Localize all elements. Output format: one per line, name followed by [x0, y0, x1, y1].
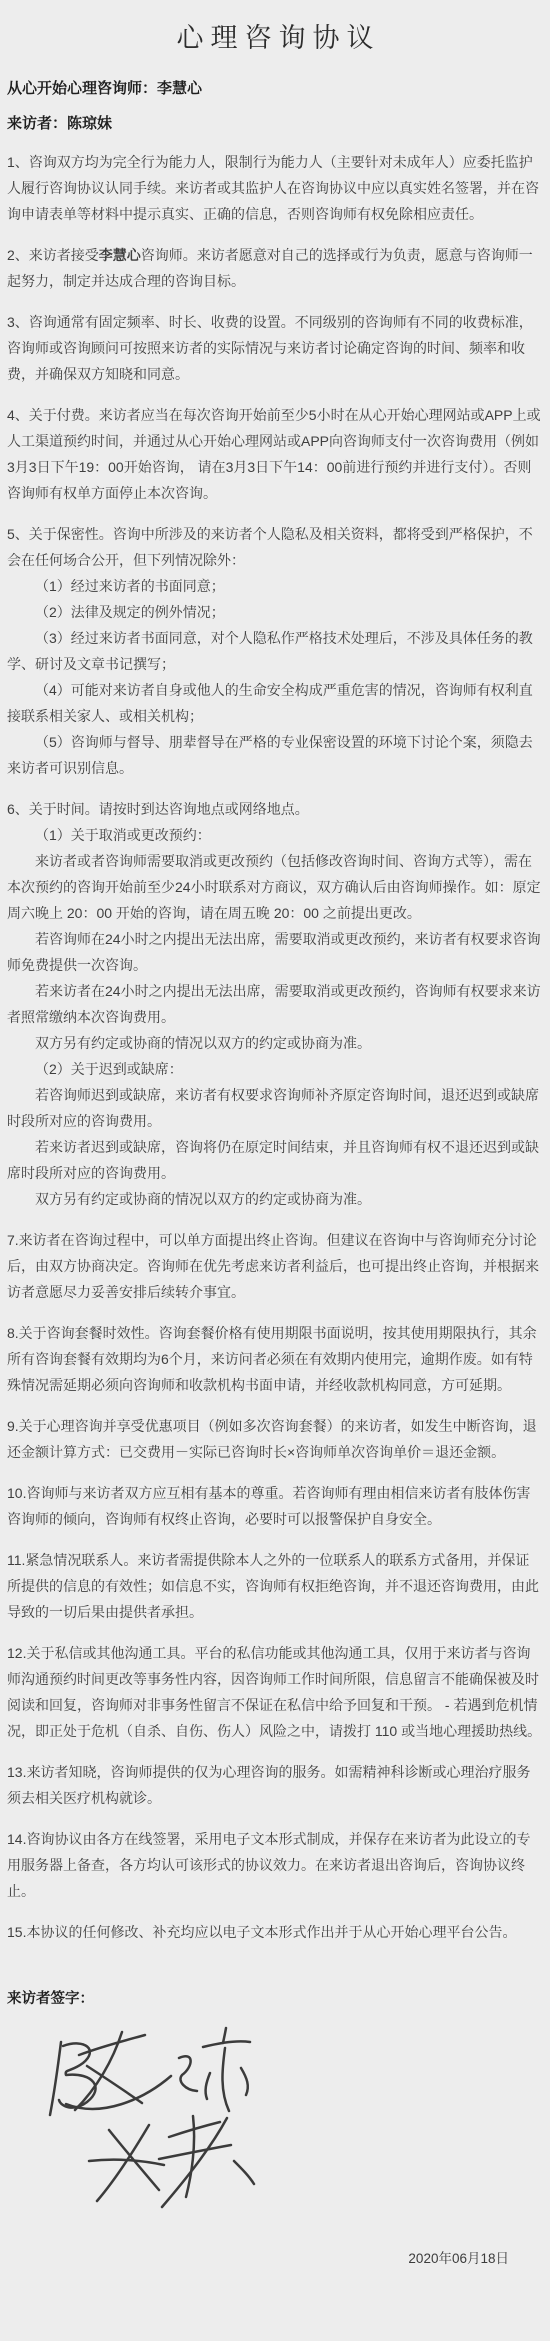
counselor-label: 从心开始心理咨询师：	[7, 80, 157, 97]
clause: 4、关于付费。来访者应当在每次咨询开始前至少5小时在从心开始心理网站或APP上或…	[7, 402, 543, 506]
clause: 13.来访者知晓，咨询师提供的仅为心理咨询的服务。如需精神科诊断或心理治疗服务须…	[7, 1759, 543, 1811]
clause: 8.关于咨询套餐时效性。咨询套餐价格有使用期限书面说明，按其使用期限执行，其余所…	[7, 1320, 543, 1398]
clause: 12.关于私信或其他沟通工具。平台的私信功能或其他沟通工具，仅用于来访者与咨询师…	[7, 1640, 543, 1744]
clause-paragraph: 来访者或者咨询师需要取消或更改预约（包括修改咨询时间、咨询方式等），需在本次预约…	[7, 848, 543, 926]
clause-paragraph: 若来访者在24小时之内提出无法出席，需要取消或更改预约，咨询师有权要求来访者照常…	[7, 978, 543, 1030]
clause: 3、咨询通常有固定频率、时长、收费的设置。不同级别的咨询师有不同的收费标准，咨询…	[7, 309, 543, 387]
clause-paragraph: （2）关于迟到或缺席：	[7, 1056, 543, 1082]
clause: 11.紧急情况联系人。来访者需提供除本人之外的一位联系人的联系方式备用，并保证所…	[7, 1547, 543, 1625]
clause-paragraph: 13.来访者知晓，咨询师提供的仅为心理咨询的服务。如需精神科诊断或心理治疗服务须…	[7, 1759, 543, 1811]
clause: 14.咨询协议由各方在线签署，采用电子文本形式制成，并保存在来访者为此设立的专用…	[7, 1826, 543, 1904]
clause-paragraph: （2）法律及规定的例外情况；	[7, 599, 543, 625]
clause: 9.关于心理咨询并享受优惠项目（例如多次咨询套餐）的来访者，如发生中断咨询，退还…	[7, 1413, 543, 1465]
clauses: 1、咨询双方均为完全行为能力人，限制行为能力人（主要针对未成年人）应委托监护人履…	[5, 149, 545, 1945]
agreement-document: 心理咨询协议 从心开始心理咨询师：李慧心 来访者：陈琼妹 1、咨询双方均为完全行…	[0, 0, 550, 2341]
clause-paragraph: （4）可能对来访者自身或他人的生命安全构成严重危害的情况，咨询师有权利直接联系相…	[7, 677, 543, 729]
clause-paragraph: 9.关于心理咨询并享受优惠项目（例如多次咨询套餐）的来访者，如发生中断咨询，退还…	[7, 1413, 543, 1465]
clause-paragraph: 若咨询师在24小时之内提出无法出席，需要取消或更改预约，来访者有权要求咨询师免费…	[7, 926, 543, 978]
clause-paragraph: 15.本协议的任何修改、补充均应以电子文本形式作出并于从心开始心理平台公告。	[7, 1919, 543, 1945]
clause: 6、关于时间。请按时到达咨询地点或网络地点。（1）关于取消或更改预约：来访者或者…	[7, 796, 543, 1212]
clause-paragraph: 3、咨询通常有固定频率、时长、收费的设置。不同级别的咨询师有不同的收费标准，咨询…	[7, 309, 543, 387]
clause-paragraph: 2、来访者接受李慧心咨询师。来访者愿意对自己的选择或行为负责，愿意与咨询师一起努…	[7, 242, 543, 294]
clause-paragraph: 8.关于咨询套餐时效性。咨询套餐价格有使用期限书面说明，按其使用期限执行，其余所…	[7, 1320, 543, 1398]
clause-paragraph: 双方另有约定或协商的情况以双方的约定或协商为准。	[7, 1030, 543, 1056]
counselor-line: 从心开始心理咨询师：李慧心	[5, 79, 545, 99]
clause-paragraph: 6、关于时间。请按时到达咨询地点或网络地点。	[7, 796, 543, 822]
visitor-line: 来访者：陈琼妹	[5, 114, 545, 134]
clause-paragraph: 7.来访者在咨询过程中，可以单方面提出终止咨询。但建议在咨询中与咨询师充分讨论后…	[7, 1227, 543, 1305]
clause: 1、咨询双方均为完全行为能力人，限制行为能力人（主要针对未成年人）应委托监护人履…	[7, 149, 543, 227]
clause-paragraph: 10.咨询师与来访者双方应互相有基本的尊重。若咨询师有理由相信来访者有肢体伤害咨…	[7, 1480, 543, 1532]
clause: 2、来访者接受李慧心咨询师。来访者愿意对自己的选择或行为负责，愿意与咨询师一起努…	[7, 242, 543, 294]
counselor-name: 李慧心	[157, 80, 202, 97]
clause-paragraph: （1）经过来访者的书面同意；	[7, 573, 543, 599]
signature-drawing	[21, 2018, 291, 2233]
signed-date: 2020年06月18日	[5, 2247, 545, 2267]
clause-paragraph: 若咨询师迟到或缺席，来访者有权要求咨询师补齐原定咨询时间，退还迟到或缺席时段所对…	[7, 1082, 543, 1134]
clause-paragraph: 12.关于私信或其他沟通工具。平台的私信功能或其他沟通工具，仅用于来访者与咨询师…	[7, 1640, 543, 1744]
clause-paragraph: 5、关于保密性。咨询中所涉及的来访者个人隐私及相关资料，都将受到严格保护，不会在…	[7, 521, 543, 573]
clause-paragraph: 11.紧急情况联系人。来访者需提供除本人之外的一位联系人的联系方式备用，并保证所…	[7, 1547, 543, 1625]
visitor-signature	[21, 2018, 291, 2233]
clause-paragraph: 若来访者迟到或缺席，咨询将仍在原定时间结束，并且咨询师有权不退还迟到或缺席时段所…	[7, 1134, 543, 1186]
clause-paragraph: 双方另有约定或协商的情况以双方的约定或协商为准。	[7, 1186, 543, 1212]
clause: 5、关于保密性。咨询中所涉及的来访者个人隐私及相关资料，都将受到严格保护，不会在…	[7, 521, 543, 781]
clause-paragraph: （5）咨询师与督导、朋辈督导在严格的专业保密设置的环境下讨论个案，须隐去来访者可…	[7, 729, 543, 781]
visitor-label: 来访者：	[7, 115, 67, 132]
page-title: 心理咨询协议	[5, 16, 545, 55]
signature-label: 来访者签字：	[5, 1987, 545, 2008]
clause: 10.咨询师与来访者双方应互相有基本的尊重。若咨询师有理由相信来访者有肢体伤害咨…	[7, 1480, 543, 1532]
clause-paragraph: （1）关于取消或更改预约：	[7, 822, 543, 848]
visitor-name: 陈琼妹	[67, 115, 112, 132]
clause-paragraph: 1、咨询双方均为完全行为能力人，限制行为能力人（主要针对未成年人）应委托监护人履…	[7, 149, 543, 227]
clause: 7.来访者在咨询过程中，可以单方面提出终止咨询。但建议在咨询中与咨询师充分讨论后…	[7, 1227, 543, 1305]
clause-paragraph: 14.咨询协议由各方在线签署，采用电子文本形式制成，并保存在来访者为此设立的专用…	[7, 1826, 543, 1904]
clause-paragraph: 4、关于付费。来访者应当在每次咨询开始前至少5小时在从心开始心理网站或APP上或…	[7, 402, 543, 506]
clause: 15.本协议的任何修改、补充均应以电子文本形式作出并于从心开始心理平台公告。	[7, 1919, 543, 1945]
clause-paragraph: （3）经过来访者书面同意，对个人隐私作严格技术处理后，不涉及具体任务的教学、研讨…	[7, 625, 543, 677]
